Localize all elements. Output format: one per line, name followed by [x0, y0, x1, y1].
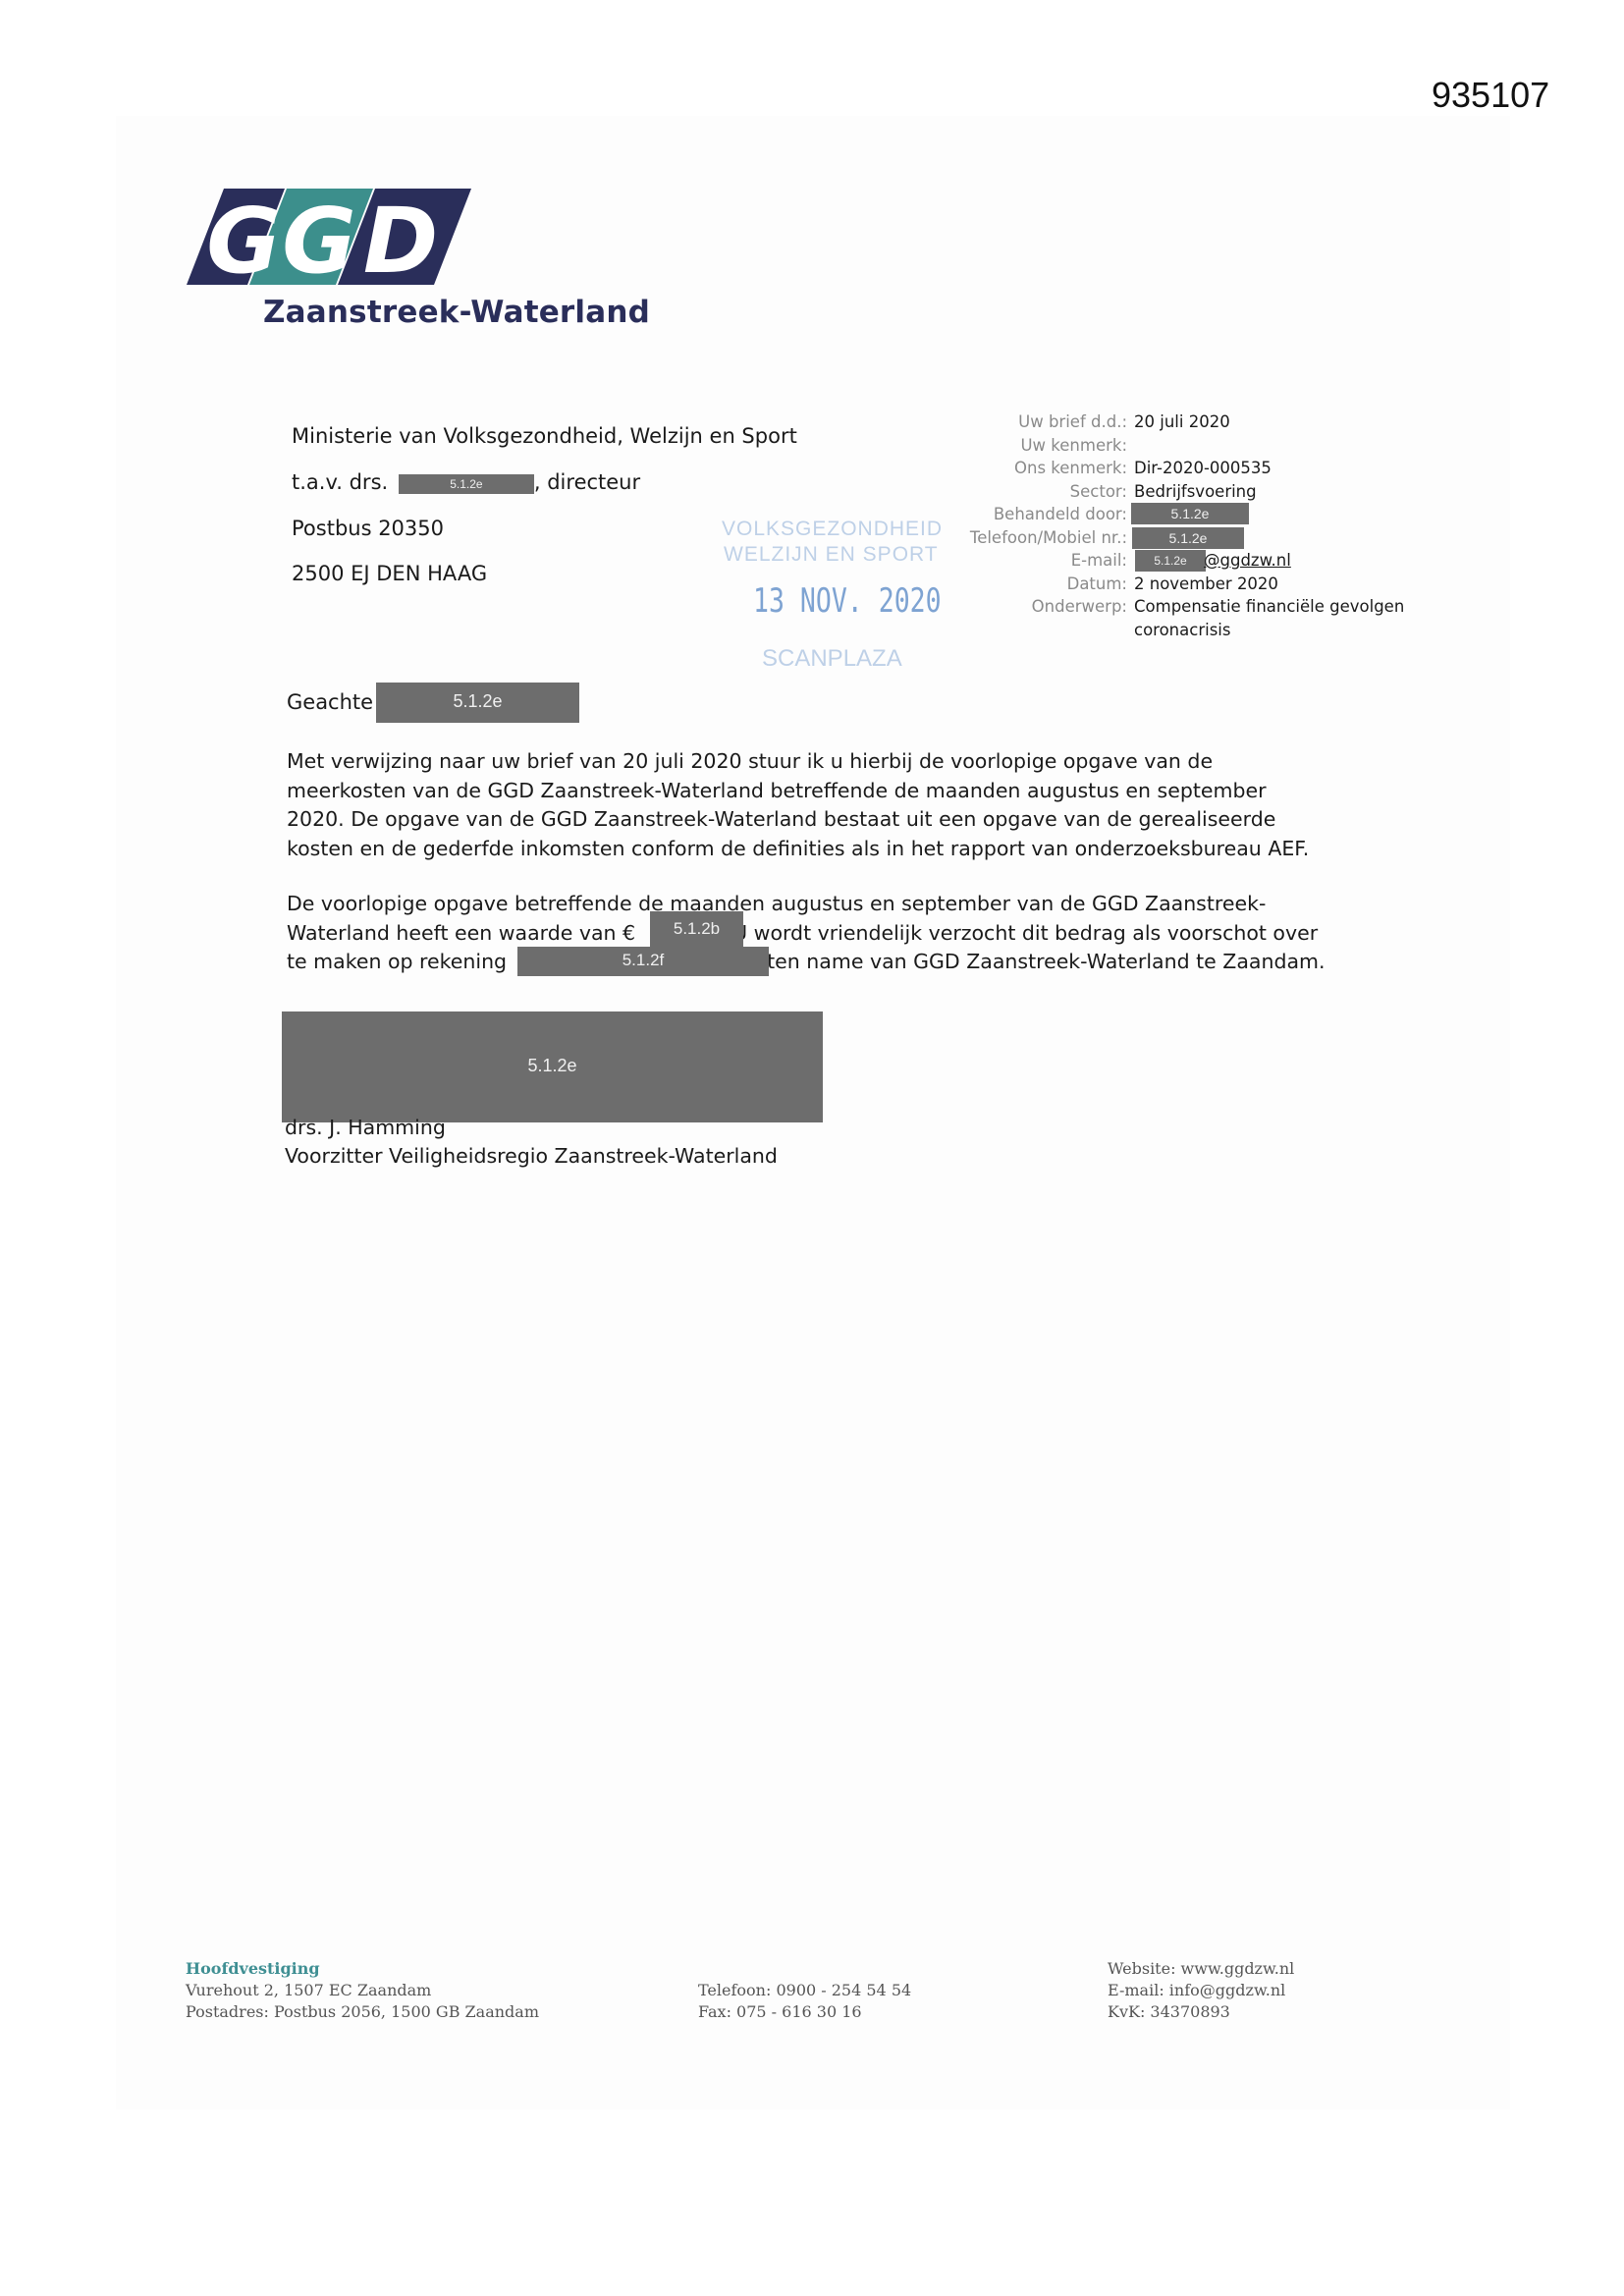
signature-redaction: 5.1.2e — [282, 1011, 823, 1122]
meta-value: 2 november 2020 — [1134, 574, 1278, 593]
recipient-line-4: 2500 EJ DEN HAAG — [292, 562, 487, 585]
meta-value: Dir-2020-000535 — [1134, 459, 1272, 477]
meta-row: Telefoon/Mobiel nr.: 5.1.2e — [884, 528, 1434, 550]
meta-row: Sector: Bedrijfsvoering — [884, 482, 1434, 504]
redaction-block: 5.1.2e — [1131, 503, 1249, 524]
footer-fax: Fax: 075 - 616 30 16 — [698, 2001, 911, 2023]
footer-address: Hoofdvestiging Vurehout 2, 1507 EC Zaand… — [186, 1958, 539, 2023]
recipient-line-2: t.a.v. drs. 5.1.2e, directeur — [292, 470, 640, 495]
meta-row: Behandeld door: 5.1.2e — [884, 505, 1434, 526]
footer-line: Vurehout 2, 1507 EC Zaandam — [186, 1980, 539, 2001]
meta-row: Uw brief d.d.: 20 juli 2020 — [884, 412, 1434, 434]
paragraph-text: ten name van GGD Zaanstreek-Waterland te… — [767, 950, 1325, 973]
paragraph-line: De voorlopige opgave betreffende de maan… — [287, 890, 1326, 919]
redaction-block: 5.1.2e — [376, 683, 579, 723]
paragraph-2: De voorlopige opgave betreffende de maan… — [287, 890, 1326, 977]
meta-row: E-mail: 5.1.2e @ggdzw.nl — [884, 551, 1434, 573]
signatory-title: Voorzitter Veiligheidsregio Zaanstreek-W… — [285, 1142, 778, 1171]
footer-line: Postadres: Postbus 2056, 1500 GB Zaandam — [186, 2001, 539, 2023]
meta-row: Datum: 2 november 2020 — [884, 574, 1434, 596]
recipient-prefix: t.a.v. drs. — [292, 470, 388, 494]
svg-text:G: G — [206, 189, 281, 285]
footer-email: E-mail: info@ggdzw.nl — [1108, 1980, 1294, 2001]
meta-row: coronacrisis — [884, 621, 1434, 642]
salutation: Geachte — [287, 690, 373, 714]
paragraph-text: te maken op rekening — [287, 950, 507, 973]
redaction-block: 5.1.2e — [1135, 550, 1206, 572]
paragraph-line: Met verwijzing naar uw brief van 20 juli… — [287, 747, 1309, 777]
paragraph-line: Waterland heeft een waarde van € U wordt… — [287, 919, 1326, 949]
meta-label: Onderwerp: — [1032, 597, 1127, 616]
paragraph-line: 2020. De opgave van de GGD Zaanstreek-Wa… — [287, 805, 1309, 835]
meta-label: Sector: — [1070, 482, 1127, 501]
recipient-line-3: Postbus 20350 — [292, 517, 444, 540]
meta-label: E-mail: — [1071, 551, 1127, 570]
svg-text:G: G — [282, 189, 356, 285]
svg-text:D: D — [363, 189, 438, 285]
stamp-line-4: SCANPLAZA — [762, 645, 902, 673]
footer-heading: Hoofdvestiging — [186, 1958, 539, 1980]
redaction-block: 5.1.2b — [650, 911, 743, 947]
redaction-block: 5.1.2f — [517, 947, 769, 976]
meta-label: Ons kenmerk: — [1014, 459, 1127, 477]
ggd-logo-mark: G G D — [187, 189, 471, 285]
redaction-block: 5.1.2e — [399, 474, 534, 494]
meta-value-continued: coronacrisis — [1134, 621, 1230, 639]
meta-label: Datum: — [1067, 574, 1127, 593]
meta-row: Ons kenmerk: Dir-2020-000535 — [884, 459, 1434, 480]
document-number: 935107 — [1432, 75, 1549, 116]
ggd-logo: G G D — [187, 189, 471, 285]
footer-web: Website: www.ggdzw.nl E-mail: info@ggdzw… — [1108, 1958, 1294, 2023]
meta-value: Bedrijfsvoering — [1134, 482, 1257, 501]
paragraph-line: meerkosten van de GGD Zaanstreek-Waterla… — [287, 777, 1309, 806]
organization-name: Zaanstreek-Waterland — [263, 295, 650, 330]
email-link[interactable]: @ggdzw.nl — [1204, 551, 1291, 570]
redaction-block: 5.1.2e — [1132, 527, 1244, 549]
meta-value: 20 juli 2020 — [1134, 412, 1230, 431]
recipient-suffix: , directeur — [534, 470, 640, 494]
paragraph-line: kosten en de gederfde inkomsten conform … — [287, 835, 1309, 864]
meta-value: Compensatie financiële gevolgen — [1134, 597, 1404, 616]
paragraph-1: Met verwijzing naar uw brief van 20 juli… — [287, 747, 1309, 863]
recipient-line-1: Ministerie van Volksgezondheid, Welzijn … — [292, 424, 797, 448]
meta-label: Telefoon/Mobiel nr.: — [970, 528, 1127, 547]
footer-website: Website: www.ggdzw.nl — [1108, 1958, 1294, 1980]
meta-label: Uw brief d.d.: — [1018, 412, 1127, 431]
meta-label: Uw kenmerk: — [1020, 436, 1127, 455]
paragraph-text: Waterland heeft een waarde van € — [287, 921, 635, 945]
meta-row: Uw kenmerk: — [884, 436, 1434, 458]
footer-phone: Telefoon: 0900 - 254 54 54 — [698, 1980, 911, 2001]
paragraph-line: te maken op rekening ten name van GGD Za… — [287, 948, 1326, 977]
footer-contact: Telefoon: 0900 - 254 54 54 Fax: 075 - 61… — [698, 1980, 911, 2023]
paragraph-text: U wordt vriendelijk verzocht dit bedrag … — [732, 921, 1318, 945]
meta-row: Onderwerp: Compensatie financiële gevolg… — [884, 597, 1434, 619]
footer-kvk: KvK: 34370893 — [1108, 2001, 1294, 2023]
signatory-name: drs. J. Hamming — [285, 1114, 778, 1142]
signature-block: drs. J. Hamming Voorzitter Veiligheidsre… — [285, 1114, 778, 1171]
meta-label: Behandeld door: — [994, 505, 1127, 523]
